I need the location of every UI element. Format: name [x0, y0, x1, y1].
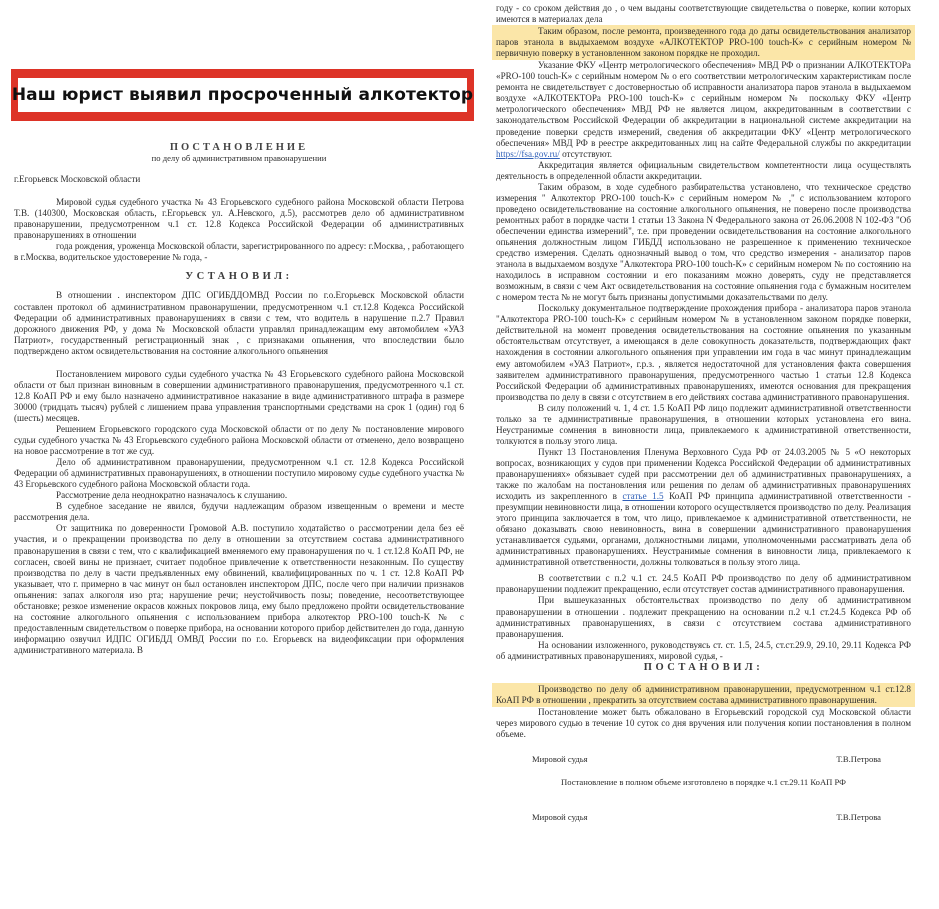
body-paragraph: Поскольку документальное подтверждение п…	[496, 303, 911, 402]
intro-paragraph: Мировой судья судебного участка № 43 Его…	[14, 197, 464, 241]
body-paragraph: В силу положений ч. 1, 4 ст. 1.5 КоАП РФ…	[496, 403, 911, 447]
highlighted-text: Производство по делу об административном…	[496, 684, 911, 706]
body-paragraph: При вышеуказанных обстоятельствах произв…	[496, 595, 911, 639]
body-paragraph: В отношении . инспектором ДПС ОГИБДДОМВД…	[14, 290, 464, 356]
appeal-paragraph: Постановление может быть обжаловано в Ег…	[496, 707, 911, 740]
continued-paragraph: году - со сроком действия до , о чем выд…	[496, 3, 911, 25]
body-text: Указание ФКУ «Центр метрологического обе…	[496, 60, 911, 147]
body-paragraph: Постановлением мирового судьи судебного …	[14, 369, 464, 424]
document-title: ПОСТАНОВЛЕНИЕ	[14, 142, 464, 153]
intro-paragraph: года рождения, уроженца Московской облас…	[14, 241, 464, 263]
body-paragraph: Указание ФКУ «Центр метрологического обе…	[496, 60, 911, 159]
signature-row: Мировой судья Т.В.Петрова	[496, 812, 911, 823]
article-link[interactable]: статье 1.5	[622, 491, 663, 501]
body-text: отсутствуют.	[560, 149, 612, 159]
signature-role: Мировой судья	[532, 754, 588, 765]
body-paragraph: Таким образом, в ходе судебного разбират…	[496, 182, 911, 304]
body-text: КоАП РФ принципа административной ответс…	[496, 491, 911, 567]
signature-row: Мировой судья Т.В.Петрова	[496, 754, 911, 765]
document-page-right: году - со сроком действия до , о чем выд…	[496, 3, 911, 823]
signature-name: Т.В.Петрова	[836, 754, 881, 765]
signature-name: Т.В.Петрова	[836, 812, 881, 823]
headline-text: Наш юрист выявил просроченный алкотектор	[18, 78, 467, 112]
signature-role: Мировой судья	[532, 812, 588, 823]
document-page-left: ПОСТАНОВЛЕНИЕ по делу об административно…	[14, 142, 464, 656]
section-heading-resolved: ПОСТАНОВИЛ:	[496, 662, 911, 673]
body-paragraph: Рассмотрение дела неоднократно назначало…	[14, 490, 464, 501]
document-place: г.Егорьевск Московской области	[14, 174, 464, 185]
body-paragraph: Аккредитация является официальным свидет…	[496, 160, 911, 182]
section-heading-established: УСТАНОВИЛ:	[14, 271, 464, 282]
highlighted-conclusion: Таким образом, после ремонта, произведен…	[492, 25, 915, 60]
body-paragraph: На основании изложенного, руководствуясь…	[496, 640, 911, 662]
body-paragraph: Пункт 13 Постановления Пленума Верховног…	[496, 447, 911, 569]
highlighted-resolution: Производство по делу об административном…	[492, 683, 915, 707]
headline-banner: Наш юрист выявил просроченный алкотектор	[11, 69, 474, 121]
body-paragraph: В соответствии с п.2 ч.1 ст. 24.5 КоАП Р…	[496, 573, 911, 595]
full-text-note: Постановление в полном объеме изготовлен…	[496, 777, 911, 788]
body-paragraph: Дело об административном правонарушении,…	[14, 457, 464, 490]
body-paragraph: В судебное заседание не явился, будучи н…	[14, 501, 464, 523]
body-paragraph: Решением Егорьевского городского суда Мо…	[14, 424, 464, 457]
body-paragraph: От защитника по доверенности Громовой А.…	[14, 523, 464, 656]
highlighted-text: Таким образом, после ремонта, произведен…	[496, 26, 911, 59]
document-subtitle: по делу об административном правонарушен…	[14, 153, 464, 164]
fsa-link[interactable]: https://fsa.gov.ru/	[496, 149, 560, 159]
